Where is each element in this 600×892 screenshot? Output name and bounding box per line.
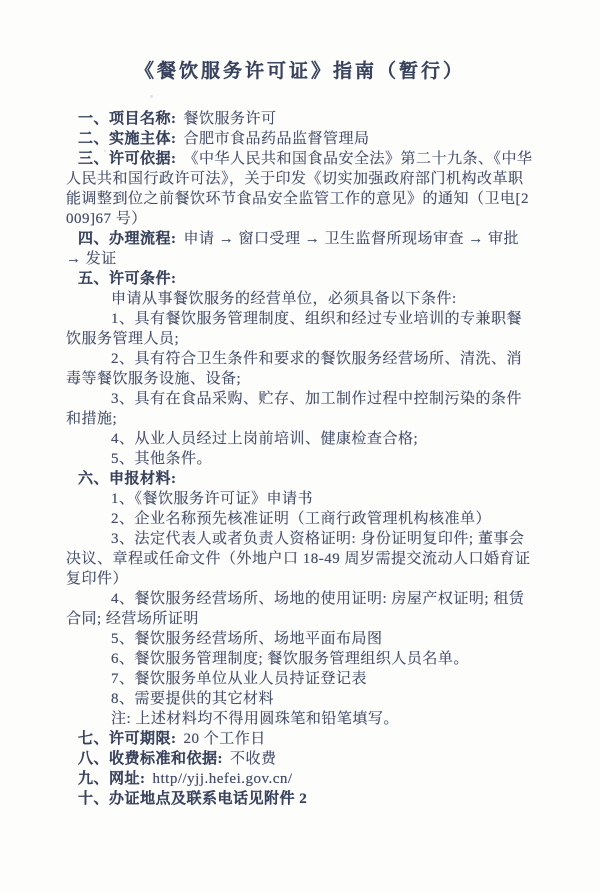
materials-note: 注: 上述材料均不得用圆珠笔和铅笔填写。 <box>66 709 534 729</box>
condition-item-2: 2、具有符合卫生条件和要求的餐饮服务经营场所、清洗、消毒等餐饮服务设施、设备; <box>66 349 534 389</box>
section-website: 九、网址:http//yjj.hefei.gov.cn/ <box>66 769 534 789</box>
material-item-4: 4、餐饮服务经营场所、场地的使用证明: 房屋产权证明; 租赁合同; 经营场所证明 <box>66 589 534 629</box>
scan-speckle <box>258 206 260 208</box>
condition-item-1: 1、具有餐饮服务管理制度、组织和经过专业培训的专兼职餐饮服务管理人员; <box>66 309 534 349</box>
website-url: http//yjj.hefei.gov.cn/ <box>153 771 293 787</box>
material-item-8: 8、需要提供的其它材料 <box>66 689 534 709</box>
document-title: 《餐饮服务许可证》指南（暂行） <box>66 56 534 83</box>
condition-item-3: 3、具有在食品采购、贮存、加工制作过程中控制污染的条件和措施; <box>66 389 534 429</box>
section-label: 二、实施主体: <box>78 131 177 147</box>
document-page: 《餐饮服务许可证》指南（暂行） 一、项目名称:餐饮服务许可 二、实施主体:合肥市… <box>0 0 600 892</box>
material-item-7: 7、餐饮服务单位从业人员持证登记表 <box>66 669 534 689</box>
section-text: 20 个工作日 <box>184 731 266 747</box>
material-item-2: 2、企业名称预先核准证明（工商行政管理机构核准单） <box>66 509 534 529</box>
condition-item-4: 4、从业人员经过上岗前培训、健康检查合格; <box>66 429 534 449</box>
section-label: 四、办理流程: <box>78 231 177 247</box>
section-legal-basis: 三、许可依据:《中华人民共和国食品安全法》第二十九条、《中华人民共和国行政许可法… <box>66 149 534 229</box>
section-text: 餐饮服务许可 <box>184 111 277 127</box>
material-item-6: 6、餐饮服务管理制度; 餐饮服务管理组织人员名单。 <box>66 649 534 669</box>
material-item-1: 1、《餐饮服务许可证》申请书 <box>66 489 534 509</box>
section-fees: 八、收费标准和依据:不收费 <box>66 749 534 769</box>
scan-speckle <box>104 150 106 152</box>
section-label: 十、办证地点及联系电话见附件 2 <box>78 791 307 807</box>
section-label: 五、许可条件: <box>78 271 177 287</box>
section-location-contact: 十、办证地点及联系电话见附件 2 <box>66 789 534 809</box>
material-item-3: 3、法定代表人或者负责人资格证明: 身份证明复印件; 董事会决议、章程或任命文件… <box>66 529 534 589</box>
section-label: 六、申报材料: <box>78 471 177 487</box>
material-item-5: 5、餐饮服务经营场所、场地平面布局图 <box>66 629 534 649</box>
section-label: 九、网址: <box>78 771 146 787</box>
section-label: 三、许可依据: <box>78 151 177 167</box>
section-text: 合肥市食品药品监督管理局 <box>184 131 370 147</box>
section-application-materials: 六、申报材料: <box>66 469 534 489</box>
section-label: 八、收费标准和依据: <box>78 751 223 767</box>
scan-speckle <box>150 95 153 98</box>
section-implementing-body: 二、实施主体:合肥市食品药品监督管理局 <box>66 129 534 149</box>
section-permit-duration: 七、许可期限:20 个工作日 <box>66 729 534 749</box>
section-project-name: 一、项目名称:餐饮服务许可 <box>66 109 534 129</box>
condition-intro: 申请从事餐饮服务的经营单位，必须具备以下条件: <box>66 289 534 309</box>
condition-item-5: 5、其他条件。 <box>66 449 534 469</box>
section-label: 七、许可期限: <box>78 731 177 747</box>
section-label: 一、项目名称: <box>78 111 177 127</box>
section-permit-conditions: 五、许可条件: <box>66 269 534 289</box>
section-text: 不收费 <box>230 751 277 767</box>
section-process-flow: 四、办理流程:申请 → 窗口受理 → 卫生监督所现场审查 → 审批 → 发证 <box>66 229 534 269</box>
